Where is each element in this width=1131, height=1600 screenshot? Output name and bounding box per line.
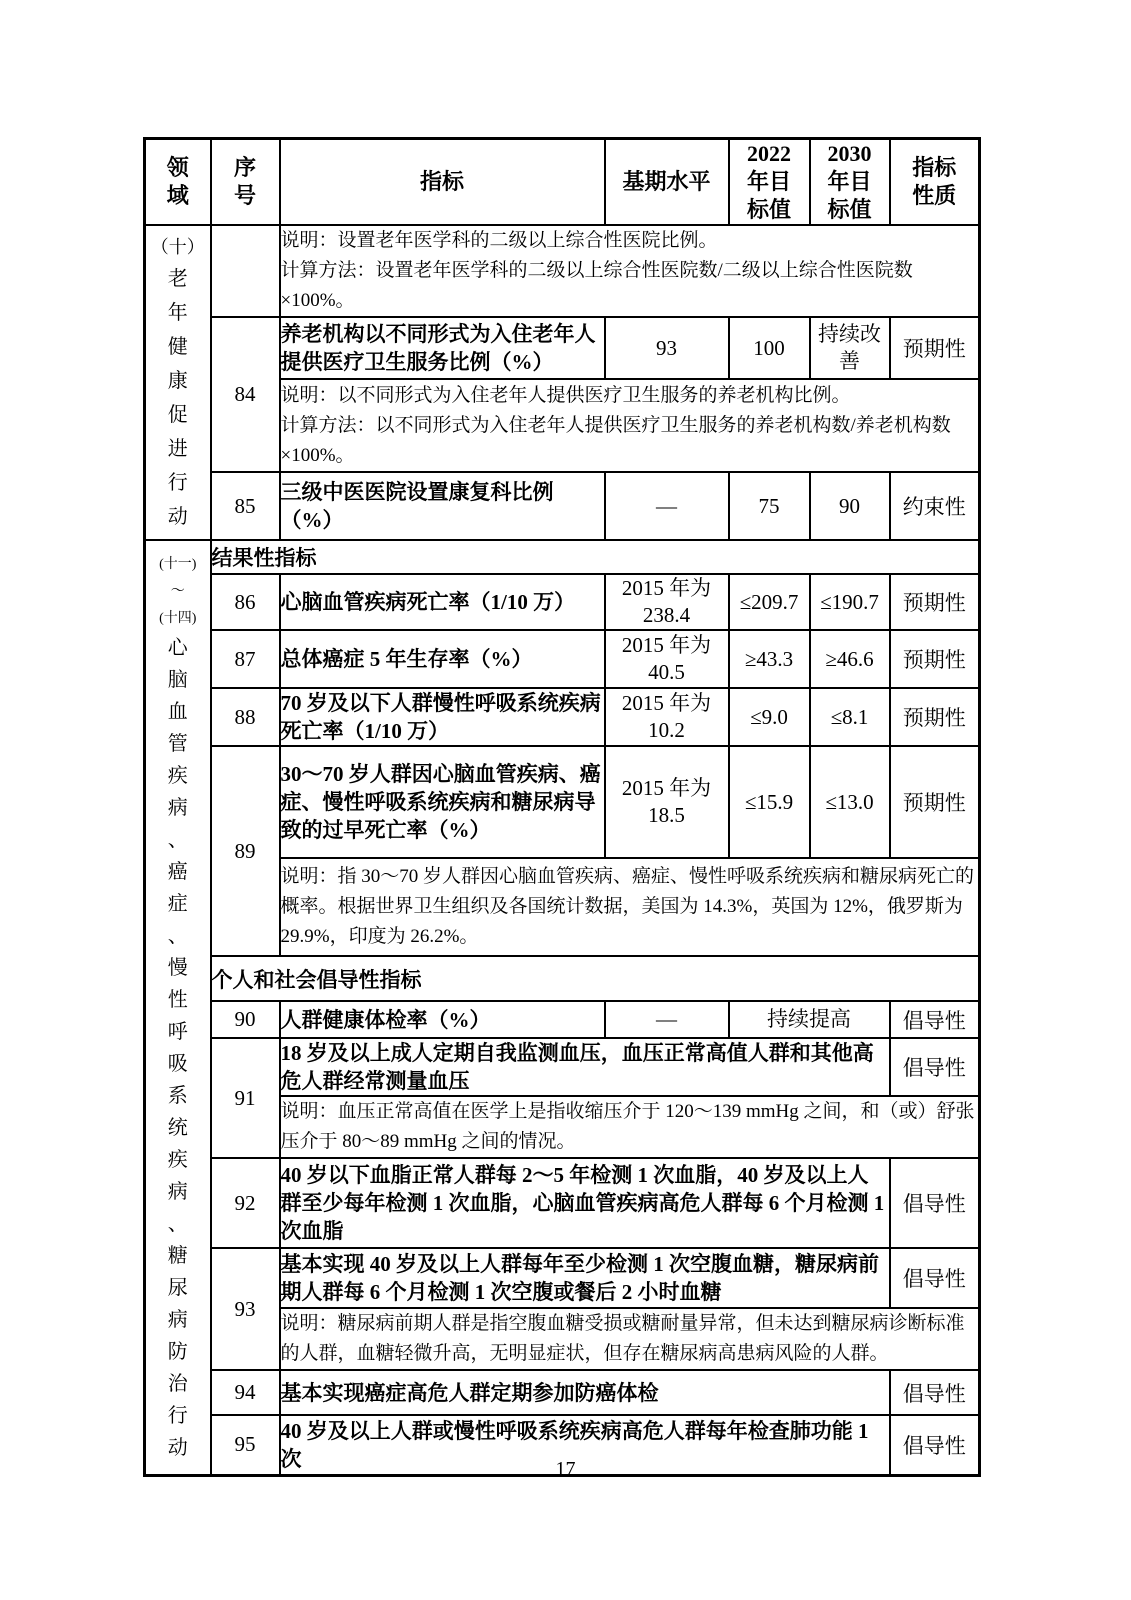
table-row: 94 基本实现癌症高危人群定期参加防癌体检 倡导性	[145, 1370, 980, 1415]
cell-84-target-2030: 持续改善	[810, 317, 890, 379]
cell-85-baseline: —	[605, 472, 729, 540]
section-label-advocacy: 个人和社会倡导性指标	[211, 956, 980, 1001]
header-target-2030: 2030 年目 标值	[810, 139, 890, 226]
cell-90-indicator: 人群健康体检率（%）	[280, 1001, 605, 1038]
cell-89-baseline: 2015 年为 18.5	[605, 746, 729, 858]
table-row: （十） 老年健康促进行动 说明：设置老年医学科的二级以上综合性医院比例。 计算方…	[145, 225, 980, 317]
table-row: 87 总体癌症 5 年生存率（%） 2015 年为 40.5 ≥43.3 ≥46…	[145, 630, 980, 688]
indicators-table: 领 域 序 号 指标 基期水平 2022 年目 标值 2030 年目 标值 指标…	[143, 137, 981, 1477]
section-label-outcome: 结果性指标	[211, 540, 980, 574]
cell-91-nature: 倡导性	[890, 1038, 980, 1096]
domain-range-start: (十一)	[146, 551, 210, 578]
table-row: 93 基本实现 40 岁及以上人群每年至少检测 1 次空腹血糖，糖尿病前期人群每…	[145, 1248, 980, 1308]
cell-84-serial: 84	[211, 317, 280, 472]
cell-88-serial: 88	[211, 688, 280, 746]
cell-93-note: 说明：糖尿病前期人群是指空腹血糖受损或糖耐量异常，但未达到糖尿病诊断标准的人群，…	[280, 1308, 980, 1370]
cell-93-nature: 倡导性	[890, 1248, 980, 1308]
cell-91-indicator: 18 岁及以上成人定期自我监测血压，血压正常高值人群和其他高危人群经常测量血压	[280, 1038, 890, 1096]
cell-90-target-2022-2030: 持续提高	[729, 1001, 890, 1038]
header-serial: 序 号	[211, 139, 280, 226]
cell-88-baseline: 2015 年为 10.2	[605, 688, 729, 746]
cell-86-target-2030: ≤190.7	[810, 574, 890, 630]
domain-range-end: (十四)	[146, 605, 210, 632]
cell-90-baseline: —	[605, 1001, 729, 1038]
cell-87-target-2030: ≥46.6	[810, 630, 890, 688]
cell-94-nature: 倡导性	[890, 1370, 980, 1415]
header-nature: 指标 性质	[890, 139, 980, 226]
cell-94-serial: 94	[211, 1370, 280, 1415]
header-domain: 领 域	[145, 139, 211, 226]
cell-87-nature: 预期性	[890, 630, 980, 688]
cell-85-target-2030: 90	[810, 472, 890, 540]
cell-85-nature: 约束性	[890, 472, 980, 540]
cell-89-indicator: 30～70 岁人群因心脑血管疾病、癌症、慢性呼吸系统疾病和糖尿病导致的过早死亡率…	[280, 746, 605, 858]
cell-85-serial: 85	[211, 472, 280, 540]
cell-89-serial: 89	[211, 746, 280, 956]
cell-92-nature: 倡导性	[890, 1158, 980, 1248]
domain-cell-chronic-disease: (十一) ～ (十四) 心脑血管疾病、癌症、慢性呼吸系统疾病、糖尿病防治行动	[145, 540, 211, 1475]
cell-88-nature: 预期性	[890, 688, 980, 746]
cell-88-target-2030: ≤8.1	[810, 688, 890, 746]
cell-note-83: 说明：设置老年医学科的二级以上综合性医院比例。 计算方法：设置老年医学科的二级以…	[280, 225, 980, 317]
table-row: 90 人群健康体检率（%） — 持续提高 倡导性	[145, 1001, 980, 1038]
cell-86-indicator: 心脑血管疾病死亡率（1/10 万）	[280, 574, 605, 630]
cell-88-target-2022: ≤9.0	[729, 688, 810, 746]
cell-84-target-2022: 100	[729, 317, 810, 379]
table-row: 88 70 岁及以下人群慢性呼吸系统疾病死亡率（1/10 万） 2015 年为 …	[145, 688, 980, 746]
cell-87-indicator: 总体癌症 5 年生存率（%）	[280, 630, 605, 688]
header-row: 领 域 序 号 指标 基期水平 2022 年目 标值 2030 年目 标值 指标…	[145, 139, 980, 226]
domain-range-label: （十）	[146, 232, 210, 262]
cell-86-baseline: 2015 年为 238.4	[605, 574, 729, 630]
cell-85-indicator: 三级中医医院设置康复科比例（%）	[280, 472, 605, 540]
cell-89-nature: 预期性	[890, 746, 980, 858]
cell-84-indicator: 养老机构以不同形式为入住老年人提供医疗卫生服务比例（%）	[280, 317, 605, 379]
table-row: 84 养老机构以不同形式为入住老年人提供医疗卫生服务比例（%） 93 100 持…	[145, 317, 980, 379]
cell-87-target-2022: ≥43.3	[729, 630, 810, 688]
cell-86-serial: 86	[211, 574, 280, 630]
cell-94-indicator: 基本实现癌症高危人群定期参加防癌体检	[280, 1370, 890, 1415]
domain-name-vertical: 老年健康促进行动	[167, 262, 189, 534]
cell-90-serial: 90	[211, 1001, 280, 1038]
header-baseline: 基期水平	[605, 139, 729, 226]
cell-84-nature: 预期性	[890, 317, 980, 379]
cell-93-serial: 93	[211, 1248, 280, 1370]
cell-86-nature: 预期性	[890, 574, 980, 630]
cell-90-nature: 倡导性	[890, 1001, 980, 1038]
cell-89-target-2030: ≤13.0	[810, 746, 890, 858]
table-row: 85 三级中医医院设置康复科比例（%） — 75 90 约束性	[145, 472, 980, 540]
cell-84-note: 说明：以不同形式为入住老年人提供医疗卫生服务的养老机构比例。 计算方法：以不同形…	[280, 379, 980, 472]
table-row: (十一) ～ (十四) 心脑血管疾病、癌症、慢性呼吸系统疾病、糖尿病防治行动 结…	[145, 540, 980, 574]
cell-89-target-2022: ≤15.9	[729, 746, 810, 858]
cell-84-baseline: 93	[605, 317, 729, 379]
cell-serial-empty	[211, 225, 280, 317]
cell-92-indicator: 40 岁以下血脂正常人群每 2～5 年检测 1 次血脂，40 岁及以上人群至少每…	[280, 1158, 890, 1248]
table-row: 个人和社会倡导性指标	[145, 956, 980, 1001]
cell-87-serial: 87	[211, 630, 280, 688]
cell-87-baseline: 2015 年为 40.5	[605, 630, 729, 688]
table-row: 92 40 岁以下血脂正常人群每 2～5 年检测 1 次血脂，40 岁及以上人群…	[145, 1158, 980, 1248]
domain-range-separator: ～	[146, 578, 210, 605]
page-number: 17	[0, 1458, 1131, 1481]
cell-91-serial: 91	[211, 1038, 280, 1158]
domain-cell-elderly-health: （十） 老年健康促进行动	[145, 225, 211, 540]
document-page: 领 域 序 号 指标 基期水平 2022 年目 标值 2030 年目 标值 指标…	[0, 0, 1131, 1600]
table-row: 89 30～70 岁人群因心脑血管疾病、癌症、慢性呼吸系统疾病和糖尿病导致的过早…	[145, 746, 980, 858]
table-row: 86 心脑血管疾病死亡率（1/10 万） 2015 年为 238.4 ≤209.…	[145, 574, 980, 630]
table-row: 91 18 岁及以上成人定期自我监测血压，血压正常高值人群和其他高危人群经常测量…	[145, 1038, 980, 1096]
cell-86-target-2022: ≤209.7	[729, 574, 810, 630]
cell-92-serial: 92	[211, 1158, 280, 1248]
header-indicator: 指标	[280, 139, 605, 226]
cell-88-indicator: 70 岁及以下人群慢性呼吸系统疾病死亡率（1/10 万）	[280, 688, 605, 746]
header-target-2022: 2022 年目 标值	[729, 139, 810, 226]
domain-name-vertical: 心脑血管疾病、癌症、慢性呼吸系统疾病、糖尿病防治行动	[167, 632, 189, 1464]
cell-85-target-2022: 75	[729, 472, 810, 540]
cell-93-indicator: 基本实现 40 岁及以上人群每年至少检测 1 次空腹血糖，糖尿病前期人群每 6 …	[280, 1248, 890, 1308]
cell-91-note: 说明：血压正常高值在医学上是指收缩压介于 120～139 mmHg 之间，和（或…	[280, 1096, 980, 1158]
cell-89-note: 说明：指 30～70 岁人群因心脑血管疾病、癌症、慢性呼吸系统疾病和糖尿病死亡的…	[280, 858, 980, 956]
